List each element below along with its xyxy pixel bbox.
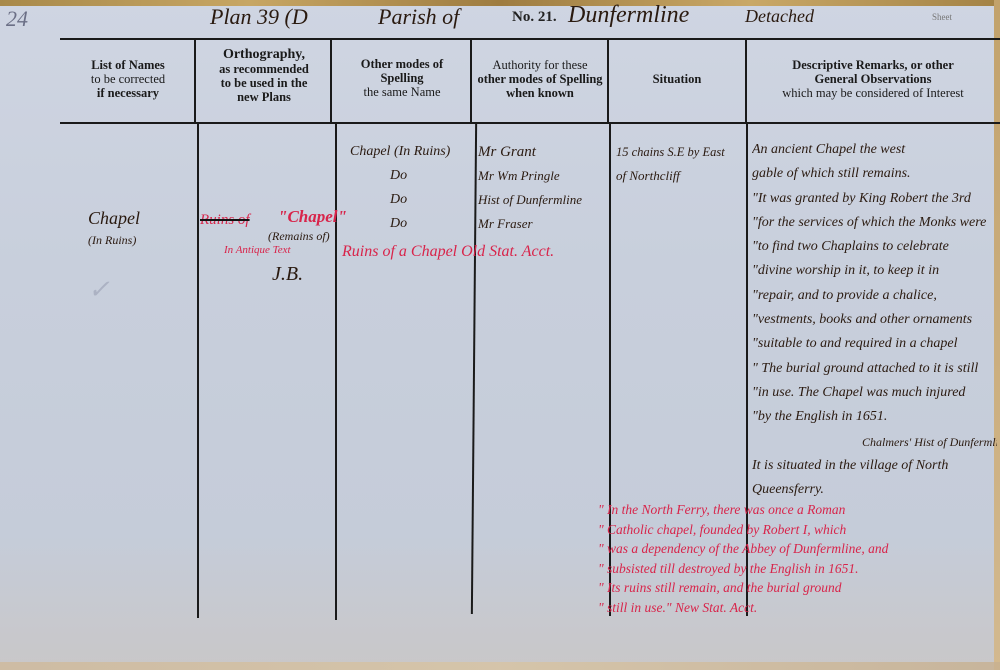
- authority-1: Mr Grant: [478, 140, 536, 164]
- remark-line: " The burial ground attached to it is st…: [752, 357, 997, 381]
- plan-number: Plan 39 (D: [210, 4, 308, 30]
- red-correction: Ruins of a Chapel Old Stat. Acct.: [342, 240, 554, 264]
- header-line: the same Name: [334, 85, 470, 99]
- remark-line: "for the services of which the Monks wer…: [752, 211, 997, 235]
- authority-3: Hist of Dunfermline: [478, 188, 582, 212]
- remark-line: It is situated in the village of North: [752, 454, 997, 478]
- header-line: Situation: [608, 72, 746, 86]
- other-mode-1: Chapel (In Ruins): [350, 140, 450, 164]
- remark-line: "vestments, books and other ornaments: [752, 308, 997, 332]
- remark-line: "It was granted by King Robert the 3rd: [752, 187, 997, 211]
- header-line: other modes of Spelling: [472, 72, 608, 86]
- header-line: General Observations: [748, 72, 998, 86]
- situation-line-2: of Northcliff: [616, 164, 680, 188]
- red-remark-line: " subsisted till destroyed by the Englis…: [598, 559, 998, 579]
- header-line: when known: [472, 86, 608, 100]
- header-top-rule: [60, 38, 1000, 40]
- remark-line: "to find two Chaplains to celebrate: [752, 235, 997, 259]
- name-book-page: 24 Plan 39 (D Parish of No. 21. Dunferml…: [0, 0, 1000, 670]
- orthography-red-note: In Antique Text: [224, 238, 291, 262]
- remark-line: "in use. The Chapel was much injured: [752, 381, 997, 405]
- detached-label: Detached: [745, 6, 814, 27]
- number-label: No. 21.: [512, 9, 557, 26]
- entry-name: Chapel: [88, 206, 140, 230]
- initials: J.B.: [272, 262, 303, 286]
- column-header-situation: Situation: [608, 72, 746, 86]
- column-divider-header-1: [194, 40, 196, 122]
- header-line: Other modes of: [334, 57, 470, 71]
- header-line: which may be considered of Interest: [748, 86, 998, 100]
- remark-line: "suitable to and required in a chapel: [752, 332, 997, 356]
- header-line: if necessary: [62, 86, 194, 100]
- faint-pencil-mark: ✓: [88, 275, 110, 305]
- descriptive-remarks: An ancient Chapel the west gable of whic…: [752, 138, 997, 502]
- remark-line: gable of which still remains.: [752, 162, 997, 186]
- red-remark-line: " In the North Ferry, there was once a R…: [598, 500, 998, 520]
- header-line: as recommended: [198, 62, 330, 76]
- red-remark-line: " was a dependency of the Abbey of Dunfe…: [598, 539, 998, 559]
- page-bottom-edge: [0, 662, 1000, 670]
- header-line: List of Names: [62, 58, 194, 72]
- column-divider-header-2: [330, 40, 332, 122]
- column-divider-1: [197, 124, 199, 618]
- other-mode-2: Do: [390, 164, 407, 188]
- header-line: new Plans: [198, 90, 330, 104]
- remark-line: "by the English in 1651.: [752, 405, 997, 429]
- column-divider-2: [335, 124, 337, 620]
- column-header-other-modes: Other modes of Spelling the same Name: [334, 57, 470, 99]
- column-header-orthography: Orthography, as recommended to be used i…: [198, 48, 330, 104]
- parish-name: Dunfermline: [568, 2, 689, 29]
- entry-name-note: (In Ruins): [88, 228, 136, 252]
- red-remark-line: " Catholic chapel, founded by Robert I, …: [598, 520, 998, 540]
- header-line: to be corrected: [62, 72, 194, 86]
- header-bottom-rule: [60, 122, 1000, 124]
- red-ink-remarks: " In the North Ferry, there was once a R…: [598, 500, 998, 617]
- remark-line: An ancient Chapel the west: [752, 138, 997, 162]
- header-line: Orthography,: [198, 48, 330, 62]
- remark-line: Queensferry.: [752, 478, 997, 502]
- header-line: Authority for these: [472, 58, 608, 72]
- red-remark-line: " Its ruins still remain, and the burial…: [598, 578, 998, 598]
- header-line: Descriptive Remarks, or other: [748, 58, 998, 72]
- header-line: Spelling: [334, 71, 470, 85]
- other-mode-4: Do: [390, 212, 407, 236]
- situation-line-1: 15 chains S.E by East: [616, 140, 725, 164]
- parish-label: Parish of: [378, 4, 459, 30]
- page-number: 24: [6, 6, 28, 32]
- page-top-edge: [0, 0, 1000, 6]
- remark-line: "repair, and to provide a chalice,: [752, 284, 997, 308]
- column-header-remarks: Descriptive Remarks, or other General Ob…: [748, 58, 998, 100]
- red-remark-line: " still in use." New Stat. Acct.: [598, 598, 998, 618]
- column-header-names: List of Names to be corrected if necessa…: [62, 58, 194, 100]
- other-mode-3: Do: [390, 188, 407, 212]
- orthography-struck: Ruins of: [200, 208, 250, 232]
- sheet-stamp: Sheet: [932, 12, 952, 22]
- remark-citation: Chalmers' Hist of Dunfermline: [752, 430, 997, 454]
- header-line: to be used in the: [198, 76, 330, 90]
- remark-line: "divine worship in it, to keep it in: [752, 259, 997, 283]
- authority-4: Mr Fraser: [478, 212, 533, 236]
- authority-2: Mr Wm Pringle: [478, 164, 560, 188]
- column-header-authority: Authority for these other modes of Spell…: [472, 58, 608, 100]
- column-divider-3: [471, 124, 477, 614]
